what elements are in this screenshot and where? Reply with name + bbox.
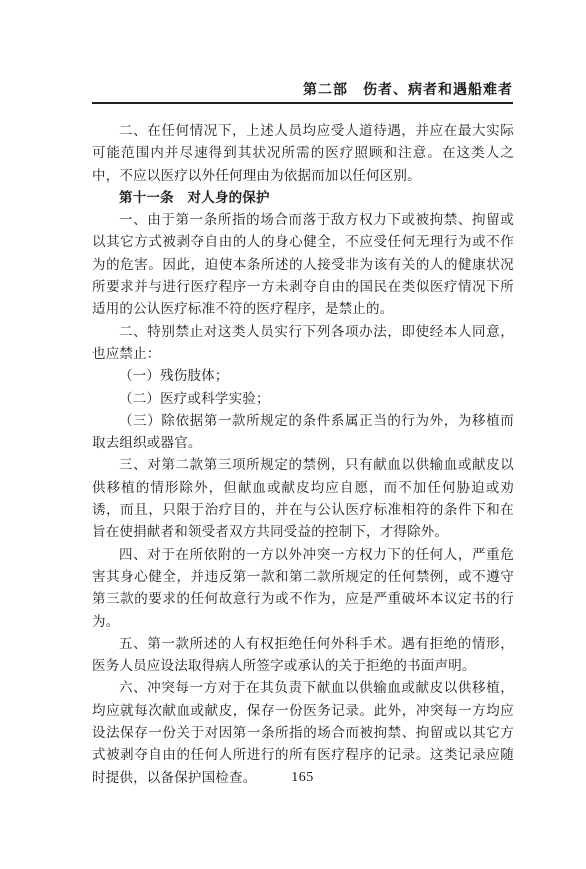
- list-item-3: （三）除依据第一款所规定的条件系属正当的行为外，为移植而取去组织或器官。: [92, 410, 514, 455]
- article-11-heading: 第十一条 对人身的保护: [92, 187, 514, 209]
- list-item-2: （二）医疗或科学实验；: [92, 388, 514, 410]
- page-number: 165: [92, 770, 513, 786]
- paragraph-clause-4: 四、对于在所依附的一方以外冲突一方权力下的任何人，严重危害其身心健全，并违反第一…: [92, 544, 514, 633]
- paragraph-clause-1: 一、由于第一条所指的场合而落于敌方权力下或被拘禁、拘留或以其它方式被剥夺自由的人…: [92, 209, 514, 320]
- document-page: 第二部 伤者、病者和遇船难者 二、在任何情况下，上述人员均应受人道待遇，并应在最…: [0, 0, 586, 869]
- list-item-1: （一）残伤肢体；: [92, 365, 514, 387]
- paragraph-clause-5: 五、第一款所述的人有权拒绝任何外科手术。遇有拒绝的情形，医务人员应设法取得病人所…: [92, 633, 514, 678]
- paragraph-clause-2-intro: 二、特别禁止对这类人员实行下列各项办法，即使经本人同意，也应禁止：: [92, 321, 514, 366]
- paragraph-clause-3: 三、对第二款第三项所规定的禁例，只有献血以供输血或献皮以供移植的情形除外，但献血…: [92, 454, 514, 543]
- running-header: 第二部 伤者、病者和遇船难者: [92, 79, 513, 99]
- header-rule: [92, 102, 513, 104]
- document-body: 二、在任何情况下，上述人员均应受人道待遇，并应在最大实际可能范围内并尽速得到其状…: [92, 120, 514, 789]
- paragraph-humane-treatment: 二、在任何情况下，上述人员均应受人道待遇，并应在最大实际可能范围内并尽速得到其状…: [92, 120, 514, 187]
